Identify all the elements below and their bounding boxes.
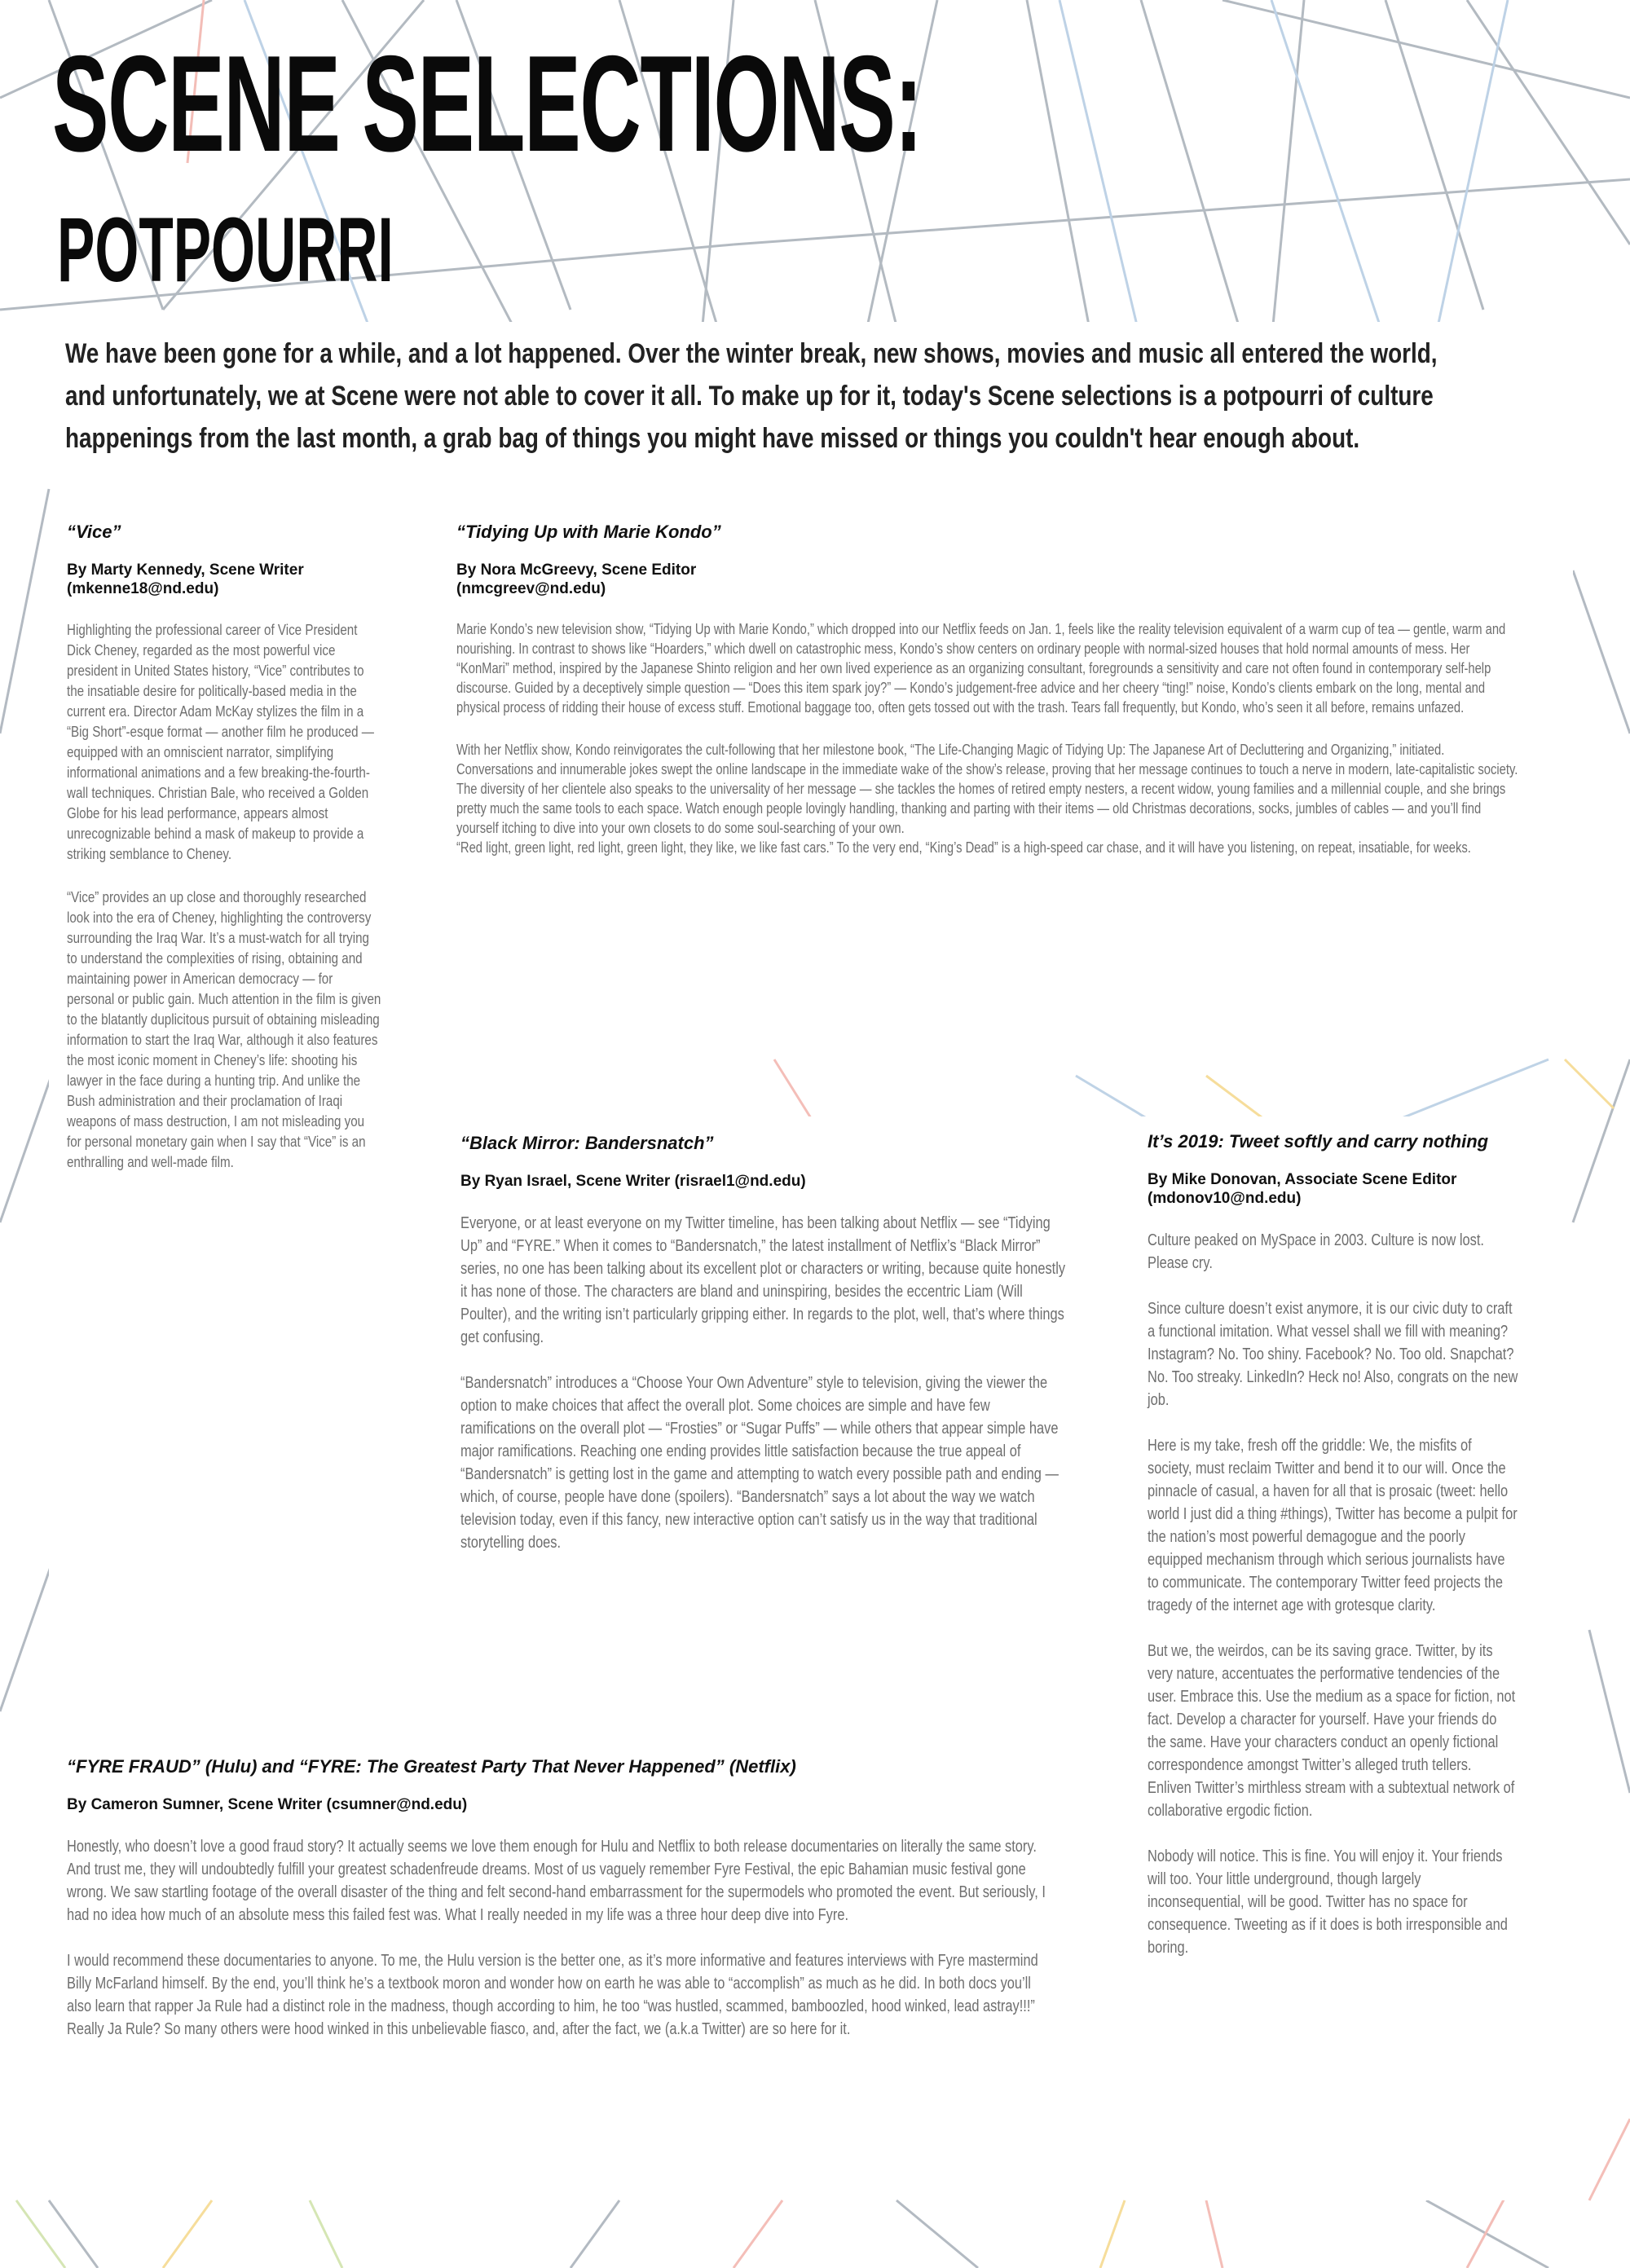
- byline-email: (mdonov10@nd.edu): [1148, 1189, 1531, 1208]
- paragraph: “Vice” provides an up close and thorough…: [67, 887, 381, 1172]
- article-fyre: “FYRE FRAUD” (Hulu) and “FYRE: The Great…: [67, 1756, 1094, 2063]
- article-body: Culture peaked on MySpace in 2003. Cultu…: [1148, 1229, 1518, 1959]
- byline-name: By Mike Donovan, Associate Scene Editor: [1148, 1170, 1531, 1189]
- article-body: Everyone, or at least everyone on my Twi…: [460, 1212, 1065, 1554]
- article-body: Marie Kondo’s new television show, “Tidy…: [456, 619, 1519, 857]
- article-byline: By Marty Kennedy, Scene Writer (mkenne18…: [67, 561, 385, 598]
- article-vice: “Vice” By Marty Kennedy, Scene Writer (m…: [67, 522, 385, 1195]
- article-title: “Black Mirror: Bandersnatch”: [460, 1133, 1080, 1154]
- paragraph: Nobody will notice. This is fine. You wi…: [1148, 1845, 1518, 1959]
- intro-line: and unfortunately, we at Scene were not …: [65, 375, 1295, 417]
- paragraph: With her Netflix show, Kondo reinvigorat…: [456, 740, 1519, 838]
- article-tweet: It’s 2019: Tweet softly and carry nothin…: [1148, 1131, 1531, 1982]
- article-byline: By Nora McGreevy, Scene Editor (nmcgreev…: [456, 561, 1516, 598]
- article-body: Honestly, who doesn’t love a good fraud …: [67, 1835, 1056, 2041]
- paragraph: “Bandersnatch” introduces a “Choose Your…: [460, 1372, 1065, 1554]
- paragraph: Since culture doesn’t exist anymore, it …: [1148, 1297, 1518, 1411]
- article-title: It’s 2019: Tweet softly and carry nothin…: [1148, 1131, 1531, 1152]
- paragraph: Honestly, who doesn’t love a good fraud …: [67, 1835, 1056, 1927]
- intro-line: happenings from the last month, a grab b…: [65, 417, 1295, 460]
- intro-paragraph: We have been gone for a while, and a lot…: [65, 332, 1565, 460]
- article-byline: By Ryan Israel, Scene Writer (risrael1@n…: [460, 1172, 1080, 1191]
- paragraph: But we, the weirdos, can be its saving g…: [1148, 1640, 1518, 1822]
- paragraph: Marie Kondo’s new television show, “Tidy…: [456, 619, 1519, 717]
- byline-name: By Nora McGreevy, Scene Editor: [456, 561, 1516, 579]
- article-kondo: “Tidying Up with Marie Kondo” By Nora Mc…: [456, 522, 1516, 880]
- page-title: SCENE SELECTIONS:: [52, 34, 922, 173]
- paragraph: Culture peaked on MySpace in 2003. Cultu…: [1148, 1229, 1518, 1275]
- article-byline: By Mike Donovan, Associate Scene Editor …: [1148, 1170, 1531, 1208]
- intro-line: We have been gone for a while, and a lot…: [65, 332, 1295, 375]
- paragraph: I would recommend these documentaries to…: [67, 1949, 1056, 2041]
- paragraph: Here is my take, fresh off the griddle: …: [1148, 1434, 1518, 1617]
- article-title: “Tidying Up with Marie Kondo”: [456, 522, 1516, 543]
- paragraph: Highlighting the professional career of …: [67, 619, 381, 864]
- article-title: “Vice”: [67, 522, 385, 543]
- paragraph: “Red light, green light, red light, gree…: [456, 838, 1519, 857]
- article-bandersnatch: “Black Mirror: Bandersnatch” By Ryan Isr…: [460, 1133, 1080, 1577]
- article-title: “FYRE FRAUD” (Hulu) and “FYRE: The Great…: [67, 1756, 1094, 1777]
- article-byline: By Cameron Sumner, Scene Writer (csumner…: [67, 1795, 1094, 1814]
- page-subtitle: POTPOURRI: [57, 204, 394, 297]
- article-body: Highlighting the professional career of …: [67, 619, 381, 1172]
- byline-email: (nmcgreev@nd.edu): [456, 579, 1516, 598]
- paragraph: Everyone, or at least everyone on my Twi…: [460, 1212, 1065, 1349]
